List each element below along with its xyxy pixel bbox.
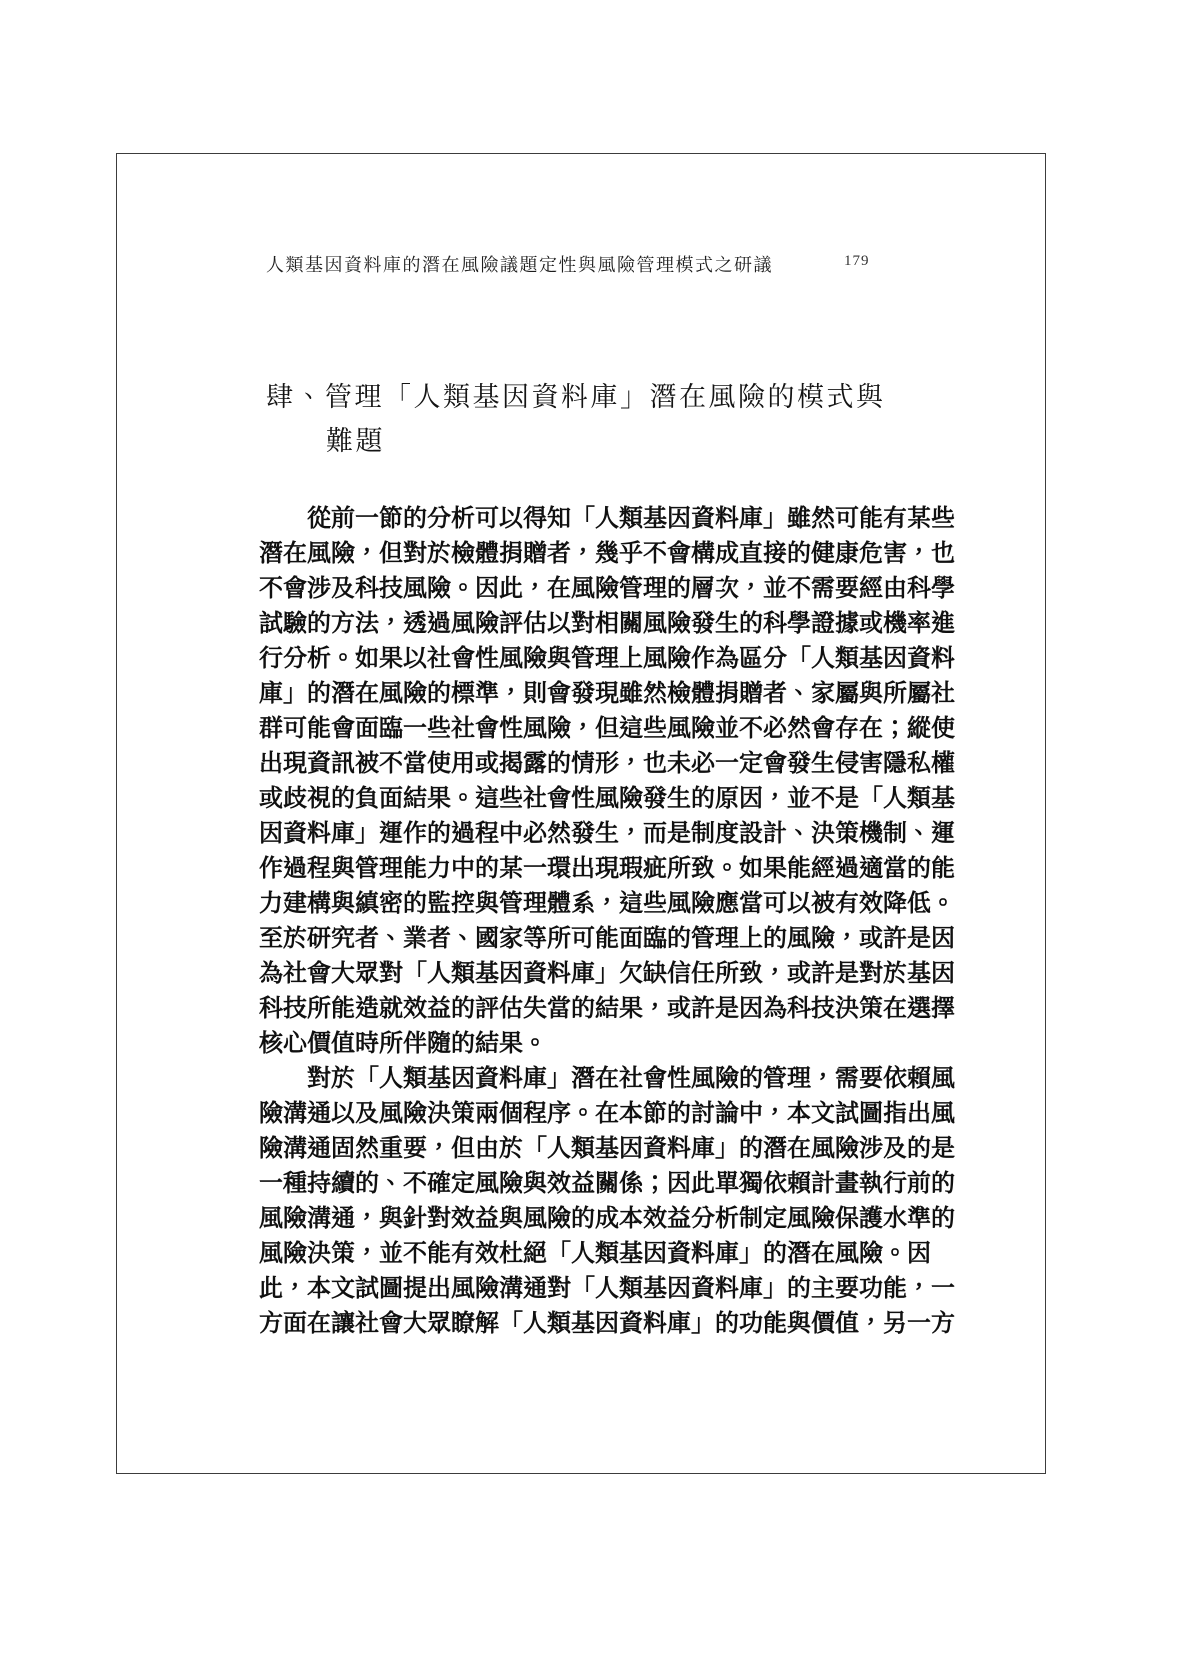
body-text: 從前一節的分析可以得知「人類基因資料庫」雖然可能有某些 潛在風險，但對於檢體捐贈… (259, 501, 959, 1341)
paragraph-1: 從前一節的分析可以得知「人類基因資料庫」雖然可能有某些 潛在風險，但對於檢體捐贈… (259, 501, 959, 1061)
paragraph-2: 對於「人類基因資料庫」潛在社會性風險的管理，需要依賴風 險溝通以及風險決策兩個程… (259, 1061, 959, 1341)
scanned-page: 人類基因資料庫的潛在風險議題定性與風險管理模式之研議 179 肆、管理「人類基因… (116, 153, 1046, 1474)
section-heading: 肆、管理「人類基因資料庫」潛在風險的模式與 難題 (266, 375, 886, 463)
section-heading-line-1: 肆、管理「人類基因資料庫」潛在風險的模式與 (266, 382, 886, 412)
page-number: 179 (844, 253, 870, 270)
section-heading-line-2: 難題 (326, 419, 886, 463)
running-header: 人類基因資料庫的潛在風險議題定性與風險管理模式之研議 (266, 251, 773, 277)
document-canvas: 人類基因資料庫的潛在風險議題定性與風險管理模式之研議 179 肆、管理「人類基因… (0, 0, 1177, 1664)
